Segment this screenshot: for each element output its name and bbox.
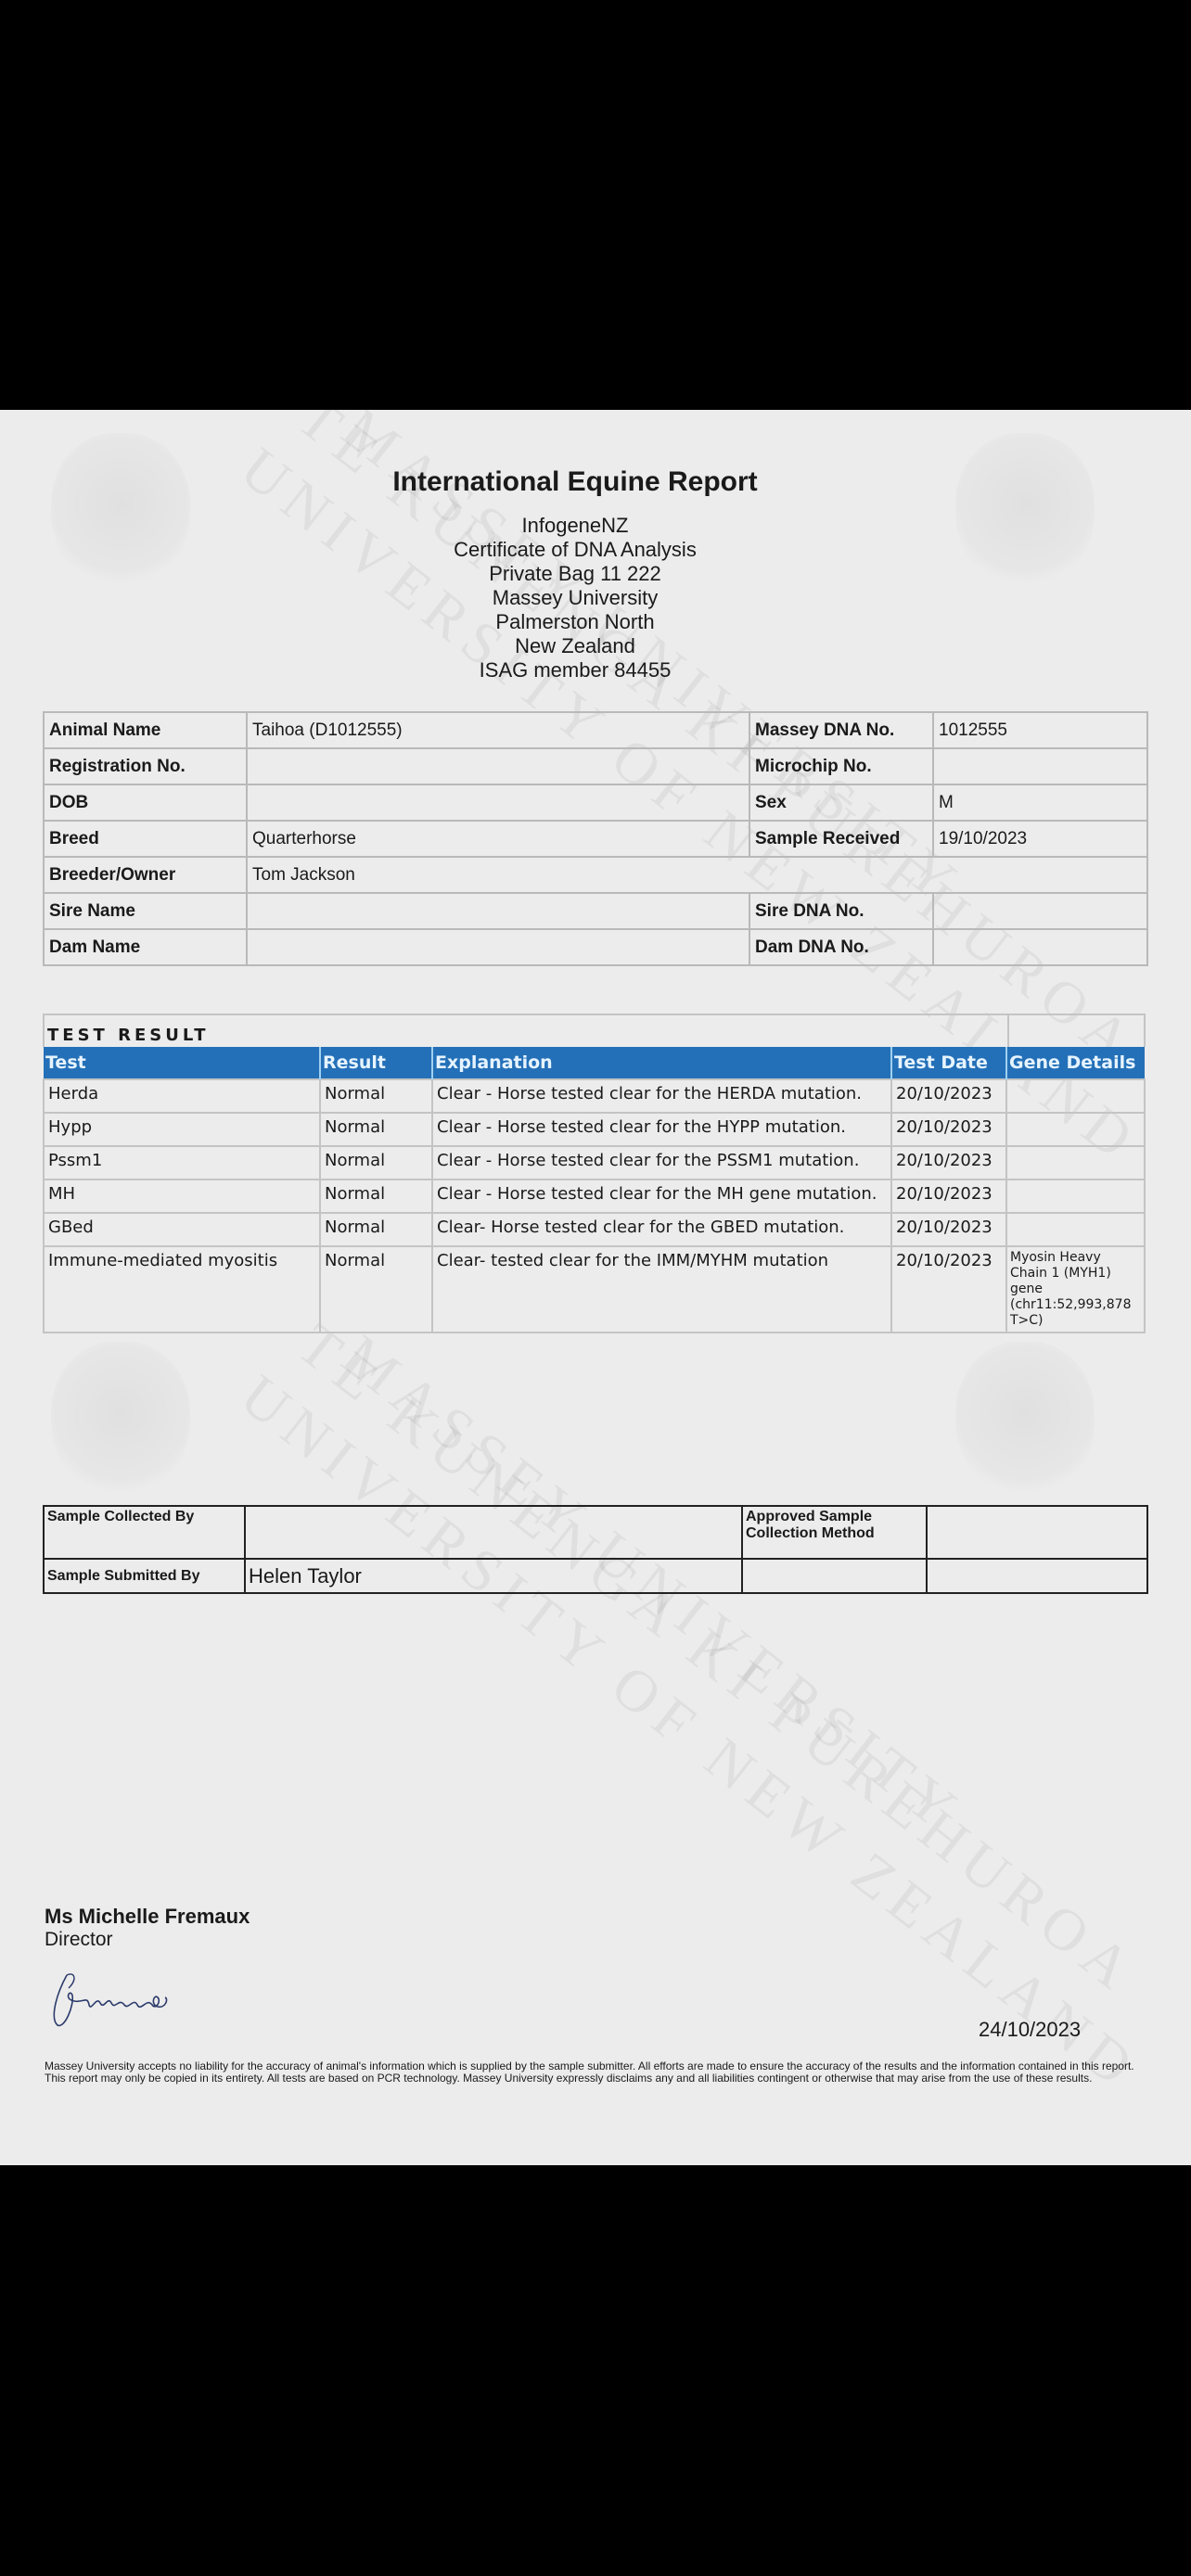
- dam-name-label: Dam Name: [44, 929, 247, 965]
- sample-row: Sample Collected By Approved Sample Coll…: [44, 1506, 1147, 1559]
- test-name: Pssm1: [44, 1146, 320, 1180]
- approved-method-label: Approved Sample Collection Method: [742, 1506, 927, 1559]
- address-line: Massey University: [0, 586, 1150, 610]
- microchip-label: Microchip No.: [749, 748, 933, 784]
- dob-value: [247, 784, 749, 821]
- sire-dna-value: [933, 893, 1147, 929]
- empty-cell: [927, 1559, 1147, 1593]
- massey-dna-label: Massey DNA No.: [749, 712, 933, 748]
- info-row: DOB Sex M: [44, 784, 1147, 821]
- test-name: GBed: [44, 1213, 320, 1246]
- test-explanation: Clear - Horse tested clear for the HERDA…: [432, 1079, 891, 1113]
- test-name: Hypp: [44, 1113, 320, 1146]
- registration-value: [247, 748, 749, 784]
- breed-value: Quarterhorse: [247, 821, 749, 857]
- test-result-row: HerdaNormalClear - Horse tested clear fo…: [44, 1079, 1145, 1113]
- gene-details: [1006, 1113, 1145, 1146]
- sample-collected-by-label: Sample Collected By: [44, 1506, 245, 1559]
- breed-label: Breed: [44, 821, 247, 857]
- test-result-row: GBedNormalClear- Horse tested clear for …: [44, 1213, 1145, 1246]
- column-header-explanation: Explanation: [432, 1047, 891, 1079]
- column-header-test: Test: [44, 1047, 320, 1079]
- sire-dna-label: Sire DNA No.: [749, 893, 933, 929]
- address-line: Certificate of DNA Analysis: [0, 538, 1150, 562]
- sample-received-label: Sample Received: [749, 821, 933, 857]
- test-result-row: Pssm1NormalClear - Horse tested clear fo…: [44, 1146, 1145, 1180]
- dam-name-value: [247, 929, 749, 965]
- test-date: 20/10/2023: [891, 1213, 1006, 1246]
- sample-received-value: 19/10/2023: [933, 821, 1147, 857]
- test-result-row: HyppNormalClear - Horse tested clear for…: [44, 1113, 1145, 1146]
- test-date: 20/10/2023: [891, 1146, 1006, 1180]
- test-result: Normal: [320, 1180, 432, 1213]
- animal-name-label: Animal Name: [44, 712, 247, 748]
- info-row: Breeder/Owner Tom Jackson: [44, 857, 1147, 893]
- test-result-row: MHNormalClear - Horse tested clear for t…: [44, 1180, 1145, 1213]
- address-line: InfogeneNZ: [0, 514, 1150, 538]
- test-result: Normal: [320, 1146, 432, 1180]
- report-page: MASSEY UNIVERSITY TE KUNENGA KI PŪREHURO…: [0, 410, 1191, 2165]
- column-header-test-date: Test Date: [891, 1047, 1006, 1079]
- test-date: 20/10/2023: [891, 1079, 1006, 1113]
- gene-details: [1006, 1213, 1145, 1246]
- report-title: International Equine Report: [0, 466, 1150, 498]
- info-row: Registration No. Microchip No.: [44, 748, 1147, 784]
- registration-label: Registration No.: [44, 748, 247, 784]
- column-header-result: Result: [320, 1047, 432, 1079]
- crest-watermark-icon: [955, 1342, 1095, 1499]
- disclaimer-text: Massey University accepts no liability f…: [45, 2060, 1148, 2085]
- address-line: Private Bag 11 222: [0, 562, 1150, 586]
- dob-label: DOB: [44, 784, 247, 821]
- address-line: New Zealand: [0, 634, 1150, 658]
- test-explanation: Clear - Horse tested clear for the HYPP …: [432, 1113, 891, 1146]
- lab-address: InfogeneNZ Certificate of DNA Analysis P…: [0, 514, 1150, 682]
- gene-details: Myosin Heavy Chain 1 (MYH1) gene (chr11:…: [1006, 1246, 1145, 1333]
- test-name: MH: [44, 1180, 320, 1213]
- breeder-owner-value: Tom Jackson: [247, 857, 1147, 893]
- test-result-section: TEST RESULT Test Result Explanation Test…: [43, 1014, 1146, 1333]
- gene-details: [1006, 1146, 1145, 1180]
- test-result: Normal: [320, 1113, 432, 1146]
- microchip-value: [933, 748, 1147, 784]
- test-name: Immune-mediated myositis: [44, 1246, 320, 1333]
- test-explanation: Clear - Horse tested clear for the MH ge…: [432, 1180, 891, 1213]
- sample-submitted-by-label: Sample Submitted By: [44, 1559, 245, 1593]
- test-date: 20/10/2023: [891, 1180, 1006, 1213]
- test-explanation: Clear- tested clear for the IMM/MYHM mut…: [432, 1246, 891, 1333]
- sex-label: Sex: [749, 784, 933, 821]
- animal-name-value: Taihoa (D1012555): [247, 712, 749, 748]
- sample-submitted-by-value: Helen Taylor: [245, 1559, 742, 1593]
- test-results-table: Test Result Explanation Test Date Gene D…: [43, 1047, 1146, 1333]
- breeder-owner-label: Breeder/Owner: [44, 857, 247, 893]
- massey-dna-value: 1012555: [933, 712, 1147, 748]
- test-explanation: Clear- Horse tested clear for the GBED m…: [432, 1213, 891, 1246]
- dam-dna-value: [933, 929, 1147, 965]
- sire-name-value: [247, 893, 749, 929]
- test-result: Normal: [320, 1213, 432, 1246]
- test-name: Herda: [44, 1079, 320, 1113]
- approved-method-value: [927, 1506, 1147, 1559]
- test-result: Normal: [320, 1079, 432, 1113]
- empty-cell: [742, 1559, 927, 1593]
- sample-table: Sample Collected By Approved Sample Coll…: [43, 1505, 1148, 1594]
- test-results-header: Test Result Explanation Test Date Gene D…: [44, 1047, 1145, 1079]
- report-date: 24/10/2023: [979, 2018, 1081, 2042]
- signature-icon: [46, 1968, 213, 2033]
- crest-watermark-icon: [51, 1342, 190, 1499]
- dam-dna-label: Dam DNA No.: [749, 929, 933, 965]
- sire-name-label: Sire Name: [44, 893, 247, 929]
- test-date: 20/10/2023: [891, 1246, 1006, 1333]
- sample-row: Sample Submitted By Helen Taylor: [44, 1559, 1147, 1593]
- gene-details: [1006, 1079, 1145, 1113]
- test-result-row: Immune-mediated myositisNormalClear- tes…: [44, 1246, 1145, 1333]
- sex-value: M: [933, 784, 1147, 821]
- director-title: Director: [45, 1929, 113, 1951]
- test-date: 20/10/2023: [891, 1113, 1006, 1146]
- sample-collected-by-value: [245, 1506, 742, 1559]
- director-name: Ms Michelle Fremaux: [45, 1905, 250, 1929]
- info-row: Dam Name Dam DNA No.: [44, 929, 1147, 965]
- test-result-title-row: TEST RESULT: [43, 1014, 1146, 1047]
- info-row: Breed Quarterhorse Sample Received 19/10…: [44, 821, 1147, 857]
- info-row: Animal Name Taihoa (D1012555) Massey DNA…: [44, 712, 1147, 748]
- address-line: Palmerston North: [0, 610, 1150, 634]
- info-row: Sire Name Sire DNA No.: [44, 893, 1147, 929]
- address-line: ISAG member 84455: [0, 658, 1150, 682]
- column-header-gene-details: Gene Details: [1006, 1047, 1145, 1079]
- test-result-heading: TEST RESULT: [47, 1026, 210, 1045]
- gene-details: [1006, 1180, 1145, 1213]
- animal-info-table: Animal Name Taihoa (D1012555) Massey DNA…: [43, 711, 1148, 966]
- test-result: Normal: [320, 1246, 432, 1333]
- test-explanation: Clear - Horse tested clear for the PSSM1…: [432, 1146, 891, 1180]
